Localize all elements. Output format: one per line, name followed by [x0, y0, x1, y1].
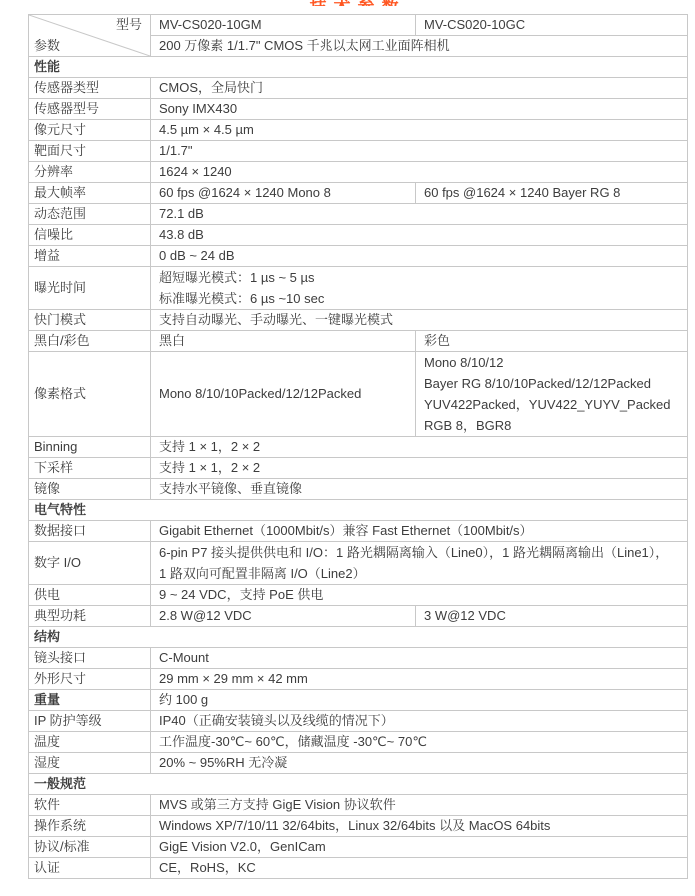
section-row: 结构 — [29, 627, 688, 648]
table-row: 重量约 100 g — [29, 690, 688, 711]
row-label: 温度 — [29, 732, 151, 753]
table-row: 镜像支持水平镜像、垂直镜像 — [29, 479, 688, 500]
model-name-color: MV-CS020-10GC — [416, 15, 688, 36]
row-label: 数据接口 — [29, 521, 151, 542]
row-label: 像素格式 — [29, 352, 151, 437]
row-label: 最大帧率 — [29, 183, 151, 204]
table-row: 像素格式Mono 8/10/10Packed/12/12PackedMono 8… — [29, 352, 688, 437]
row-label: 快门模式 — [29, 310, 151, 331]
row-value: 0 dB ~ 24 dB — [151, 246, 688, 267]
row-value: 1624 × 1240 — [151, 162, 688, 183]
spec-page: 技术参数 型号参数MV-CS020-10GMMV-CS020-10GC200 万… — [0, 0, 695, 896]
row-label: 动态范围 — [29, 204, 151, 225]
row-label: 数字 I/O — [29, 542, 151, 585]
row-value-mono: 黑白 — [151, 331, 416, 352]
row-value: IP40（正确安装镜头以及线缆的情况下） — [151, 711, 688, 732]
table-row: 快门模式支持自动曝光、手动曝光、一键曝光模式 — [29, 310, 688, 331]
table-row: 镜头接口C-Mount — [29, 648, 688, 669]
table-row: 软件MVS 或第三方支持 GigE Vision 协议软件 — [29, 795, 688, 816]
row-value: C-Mount — [151, 648, 688, 669]
row-value: 工作温度-30℃~ 60℃，储藏温度 -30℃~ 70℃ — [151, 732, 688, 753]
row-value: Gigabit Ethernet（1000Mbit/s）兼容 Fast Ethe… — [151, 521, 688, 542]
row-value: Sony IMX430 — [151, 99, 688, 120]
row-value-color: 3 W@12 VDC — [416, 606, 688, 627]
row-value-color: 60 fps @1624 × 1240 Bayer RG 8 — [416, 183, 688, 204]
row-label: 镜像 — [29, 479, 151, 500]
row-value-mono: Mono 8/10/10Packed/12/12Packed — [151, 352, 416, 437]
row-label: Binning — [29, 437, 151, 458]
table-row: 温度工作温度-30℃~ 60℃，储藏温度 -30℃~ 70℃ — [29, 732, 688, 753]
model-name-mono: MV-CS020-10GM — [151, 15, 416, 36]
table-row: 典型功耗2.8 W@12 VDC3 W@12 VDC — [29, 606, 688, 627]
value-line: 标准曝光模式：6 µs ~10 sec — [159, 288, 679, 309]
value-line: 超短曝光模式：1 µs ~ 5 µs — [159, 267, 679, 288]
table-row: 分辨率1624 × 1240 — [29, 162, 688, 183]
row-value: 4.5 µm × 4.5 µm — [151, 120, 688, 141]
corner-label-model: 型号 — [116, 15, 142, 35]
table-row: 认证CE，RoHS，KC — [29, 858, 688, 879]
value-line: Bayer RG 8/10/10Packed/12/12Packed — [424, 373, 679, 394]
row-value: 9 ~ 24 VDC，支持 PoE 供电 — [151, 585, 688, 606]
table-row: 靶面尺寸1/1.7" — [29, 141, 688, 162]
row-value-mono: 2.8 W@12 VDC — [151, 606, 416, 627]
section-header: 一般规范 — [29, 774, 688, 795]
row-label: 协议/标准 — [29, 837, 151, 858]
row-value: 支持 1 × 1，2 × 2 — [151, 437, 688, 458]
value-line: YUV422Packed，YUV422_YUYV_Packed — [424, 394, 679, 415]
row-value: 1/1.7" — [151, 141, 688, 162]
row-label: 黑白/彩色 — [29, 331, 151, 352]
row-value: 支持 1 × 1，2 × 2 — [151, 458, 688, 479]
camera-spec-table: 型号参数MV-CS020-10GMMV-CS020-10GC200 万像素 1/… — [28, 14, 688, 879]
row-label: 传感器类型 — [29, 78, 151, 99]
table-row: 最大帧率60 fps @1624 × 1240 Mono 860 fps @16… — [29, 183, 688, 204]
row-label: 外形尺寸 — [29, 669, 151, 690]
row-label: IP 防护等级 — [29, 711, 151, 732]
camera-description: 200 万像素 1/1.7" CMOS 千兆以太网工业面阵相机 — [151, 36, 688, 57]
row-label: 镜头接口 — [29, 648, 151, 669]
table-row: 传感器类型CMOS，全局快门 — [29, 78, 688, 99]
row-label: 分辨率 — [29, 162, 151, 183]
table-row: 传感器型号Sony IMX430 — [29, 99, 688, 120]
page-title-clipped: 技术参数 — [28, 0, 687, 6]
row-label: 湿度 — [29, 753, 151, 774]
table-row: 动态范围72.1 dB — [29, 204, 688, 225]
table-row: 外形尺寸29 mm × 29 mm × 42 mm — [29, 669, 688, 690]
section-row: 一般规范 — [29, 774, 688, 795]
row-label: 软件 — [29, 795, 151, 816]
table-row: 数字 I/O6-pin P7 接头提供供电和 I/O：1 路光耦隔离输入（Lin… — [29, 542, 688, 585]
row-value: CE，RoHS，KC — [151, 858, 688, 879]
table-row: 供电9 ~ 24 VDC，支持 PoE 供电 — [29, 585, 688, 606]
row-value: CMOS，全局快门 — [151, 78, 688, 99]
table-row: 操作系统Windows XP/7/10/11 32/64bits，Linux 3… — [29, 816, 688, 837]
row-value: 约 100 g — [151, 690, 688, 711]
row-label: 曝光时间 — [29, 267, 151, 310]
value-line: Mono 8/10/12 — [424, 352, 679, 373]
table-row: 湿度20% ~ 95%RH 无冷凝 — [29, 753, 688, 774]
table-row: 协议/标准GigE Vision V2.0，GenICam — [29, 837, 688, 858]
page-title-text: 技术参数 — [310, 0, 406, 6]
row-value: 支持自动曝光、手动曝光、一键曝光模式 — [151, 310, 688, 331]
row-value: 支持水平镜像、垂直镜像 — [151, 479, 688, 500]
value-line: 6-pin P7 接头提供供电和 I/O：1 路光耦隔离输入（Line0），1 … — [159, 542, 679, 563]
row-label: 操作系统 — [29, 816, 151, 837]
table-row: IP 防护等级IP40（正确安装镜头以及线缆的情况下） — [29, 711, 688, 732]
table-row: 信噪比43.8 dB — [29, 225, 688, 246]
table-row: 增益0 dB ~ 24 dB — [29, 246, 688, 267]
section-header: 结构 — [29, 627, 688, 648]
row-value-mono: 60 fps @1624 × 1240 Mono 8 — [151, 183, 416, 204]
table-row: 数据接口Gigabit Ethernet（1000Mbit/s）兼容 Fast … — [29, 521, 688, 542]
table-row: 像元尺寸4.5 µm × 4.5 µm — [29, 120, 688, 141]
row-label: 认证 — [29, 858, 151, 879]
row-value: 20% ~ 95%RH 无冷凝 — [151, 753, 688, 774]
row-value: Windows XP/7/10/11 32/64bits，Linux 32/64… — [151, 816, 688, 837]
table-row: 下采样支持 1 × 1，2 × 2 — [29, 458, 688, 479]
row-label: 信噪比 — [29, 225, 151, 246]
value-line: RGB 8，BGR8 — [424, 415, 679, 436]
table-row: Binning支持 1 × 1，2 × 2 — [29, 437, 688, 458]
row-value: 29 mm × 29 mm × 42 mm — [151, 669, 688, 690]
row-value: 超短曝光模式：1 µs ~ 5 µs标准曝光模式：6 µs ~10 sec — [151, 267, 688, 310]
row-label: 典型功耗 — [29, 606, 151, 627]
section-header: 性能 — [29, 57, 688, 78]
corner-cell: 型号参数 — [29, 15, 151, 57]
row-label: 供电 — [29, 585, 151, 606]
section-row: 电气特性 — [29, 500, 688, 521]
row-label: 像元尺寸 — [29, 120, 151, 141]
row-value: 72.1 dB — [151, 204, 688, 225]
corner-label-param: 参数 — [34, 36, 60, 56]
row-value: GigE Vision V2.0，GenICam — [151, 837, 688, 858]
section-row: 性能 — [29, 57, 688, 78]
value-line: 1 路双向可配置非隔离 I/O（Line2） — [159, 563, 679, 584]
row-value: MVS 或第三方支持 GigE Vision 协议软件 — [151, 795, 688, 816]
table-header-row: 型号参数MV-CS020-10GMMV-CS020-10GC — [29, 15, 688, 36]
row-value: 6-pin P7 接头提供供电和 I/O：1 路光耦隔离输入（Line0），1 … — [151, 542, 688, 585]
row-label: 靶面尺寸 — [29, 141, 151, 162]
row-value-color: 彩色 — [416, 331, 688, 352]
row-label: 传感器型号 — [29, 99, 151, 120]
row-label: 下采样 — [29, 458, 151, 479]
row-value-color: Mono 8/10/12Bayer RG 8/10/10Packed/12/12… — [416, 352, 688, 437]
section-header: 电气特性 — [29, 500, 688, 521]
row-value: 43.8 dB — [151, 225, 688, 246]
row-label: 增益 — [29, 246, 151, 267]
row-label: 重量 — [29, 690, 151, 711]
table-row: 黑白/彩色黑白彩色 — [29, 331, 688, 352]
table-row: 曝光时间超短曝光模式：1 µs ~ 5 µs标准曝光模式：6 µs ~10 se… — [29, 267, 688, 310]
